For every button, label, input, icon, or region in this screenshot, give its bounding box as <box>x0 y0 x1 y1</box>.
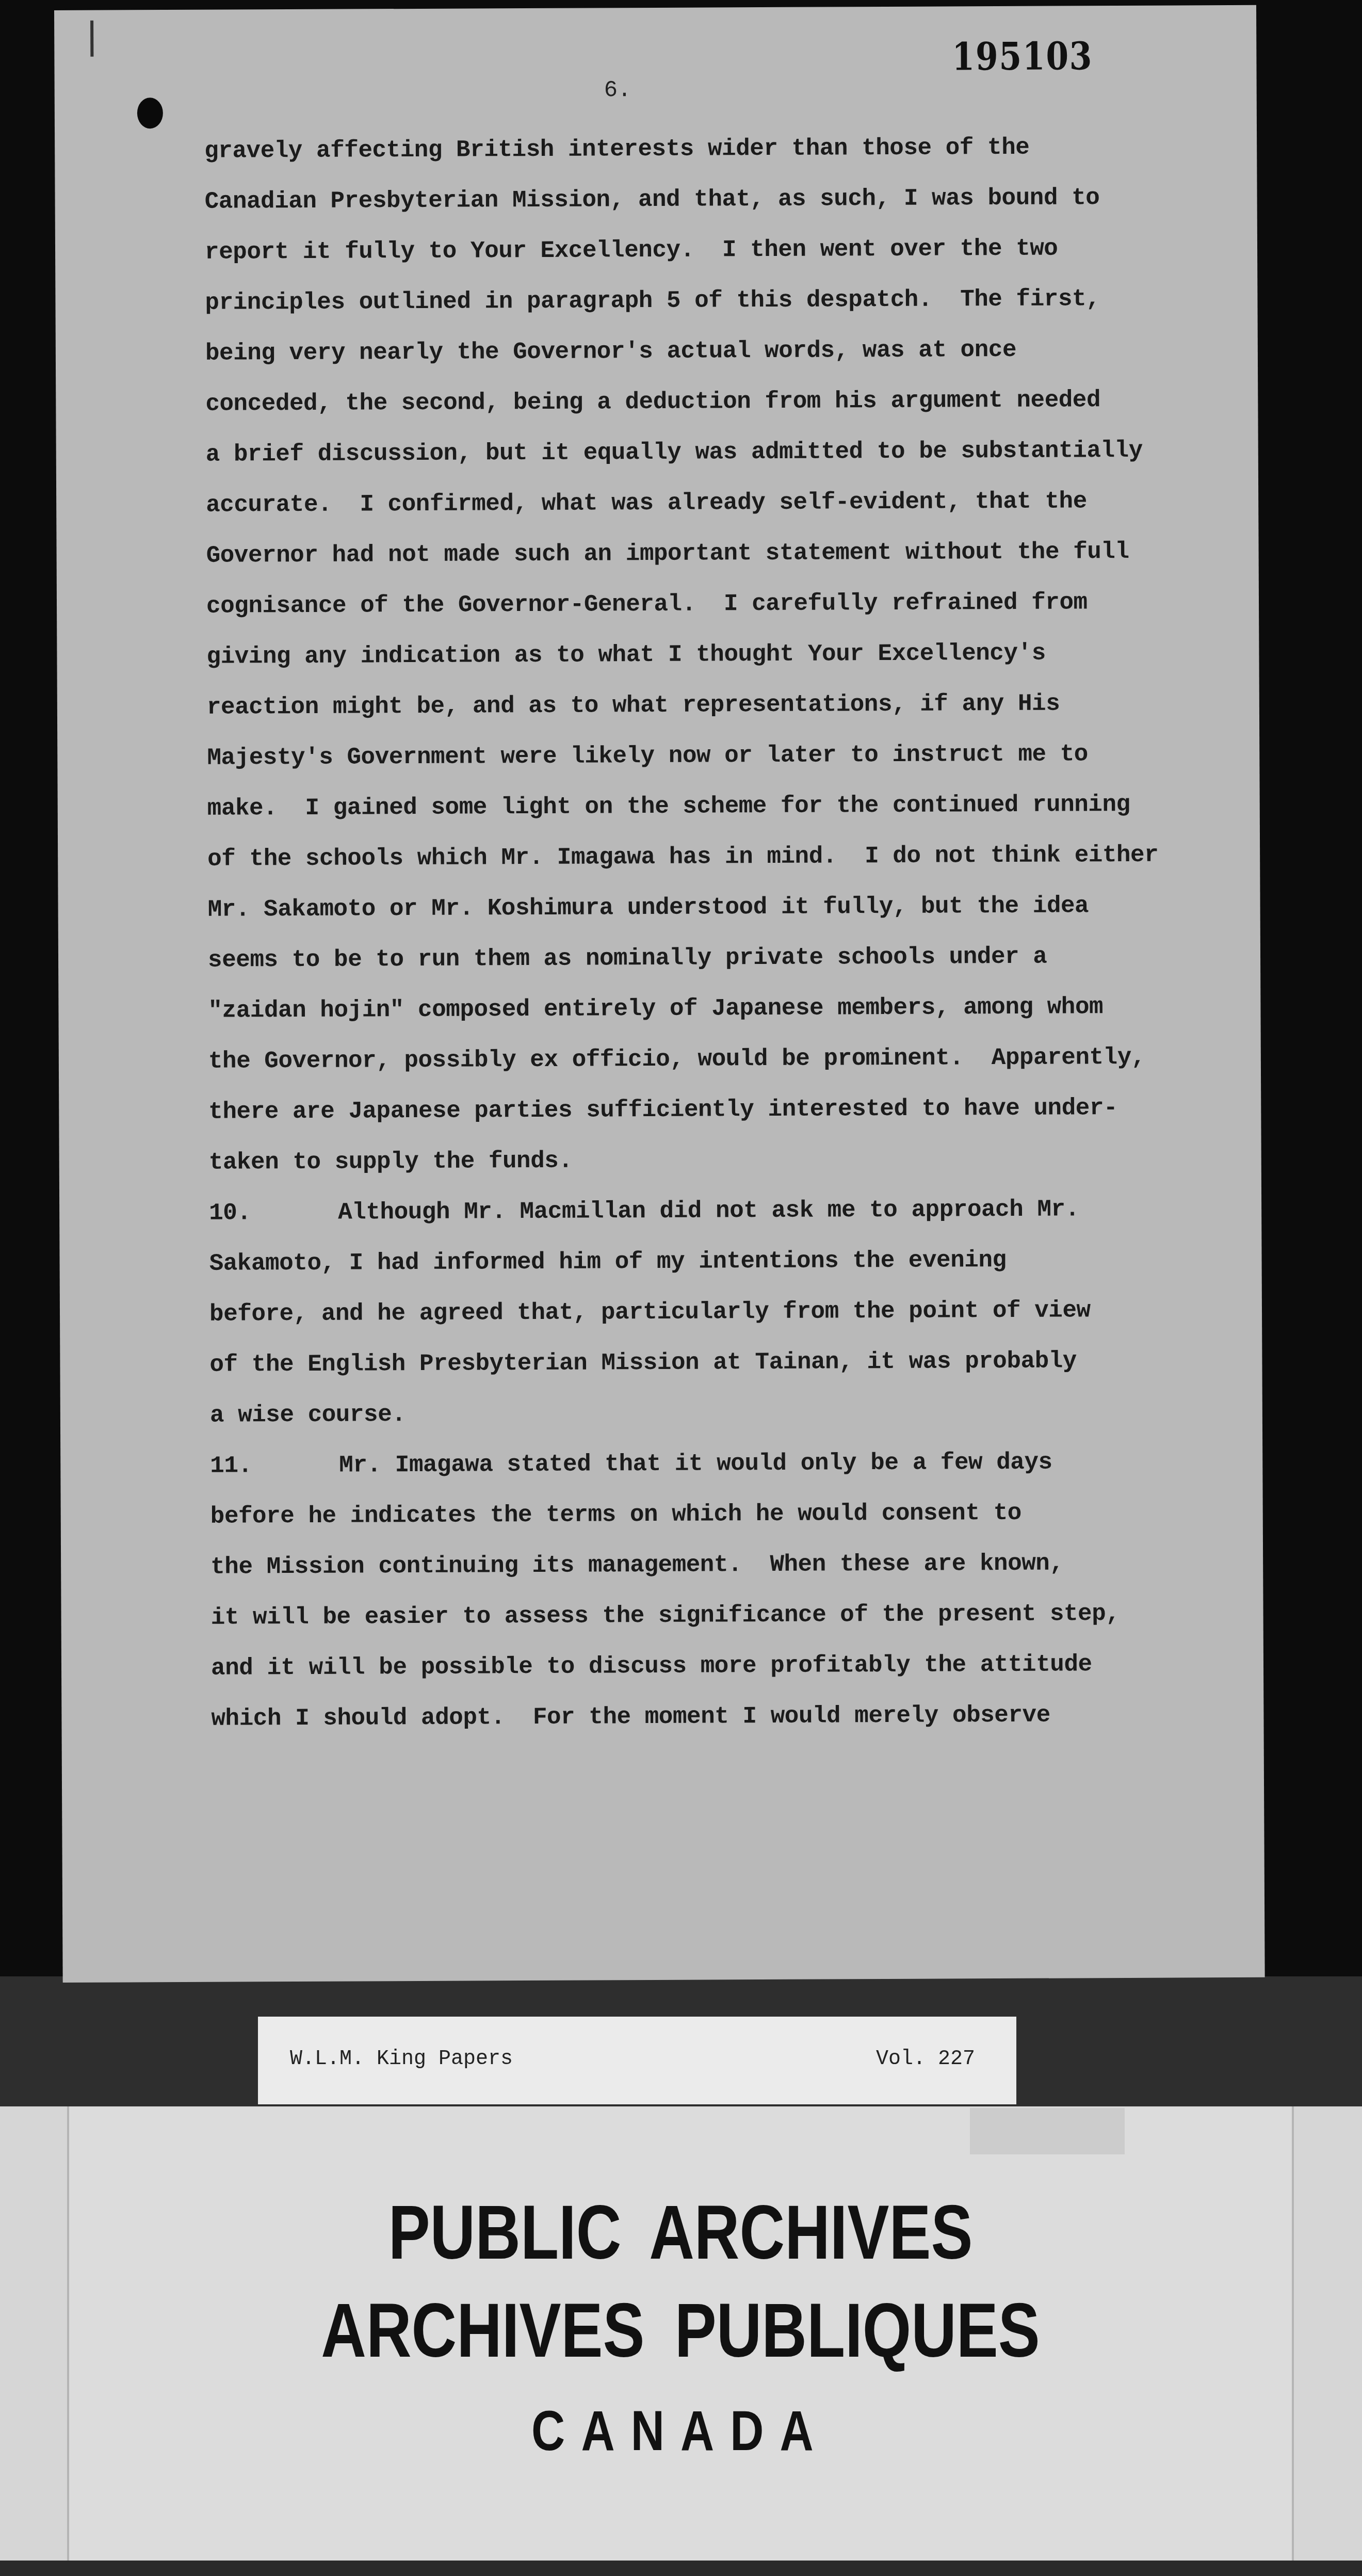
document-line: a wise course. <box>210 1385 1304 1440</box>
document-line: cognisance of the Governor-General. I ca… <box>206 576 1300 631</box>
archives-target-card: PUBLIC ARCHIVES ARCHIVES PUBLIQUES CANAD… <box>0 2106 1362 2561</box>
line-text: "zaidan hojin" composed entirely of Japa… <box>208 993 1103 1024</box>
document-line: taken to supply the funds. <box>209 1132 1303 1187</box>
line-text: Mr. Sakamoto or Mr. Koshimura understood… <box>207 892 1089 923</box>
document-line: "zaidan hojin" composed entirely of Japa… <box>208 980 1302 1036</box>
document-line: it will be easier to assess the signific… <box>210 1587 1304 1643</box>
margin-mark <box>90 21 93 57</box>
document-line: Majesty's Government were likely now or … <box>207 728 1301 783</box>
document-line: 10.Although Mr. Macmillan did not ask me… <box>209 1183 1303 1238</box>
archives-card-inner: PUBLIC ARCHIVES ARCHIVES PUBLIQUES CANAD… <box>67 2106 1294 2561</box>
line-text: report it fully to Your Excellency. I th… <box>205 235 1058 266</box>
line-text: before he indicates the terms on which h… <box>210 1500 1021 1530</box>
document-line: before, and he agreed that, particularly… <box>209 1284 1303 1339</box>
line-text: before, and he agreed that, particularly… <box>209 1297 1091 1327</box>
line-text: Canadian Presbyterian Mission, and that,… <box>205 184 1100 215</box>
document-line: giving any indication as to what I thoug… <box>206 626 1300 682</box>
document-line: the Governor, possibly ex officio, would… <box>208 1031 1302 1086</box>
line-text: being very nearly the Governor's actual … <box>205 336 1016 367</box>
archives-title-en: PUBLIC ARCHIVES <box>179 2189 1181 2277</box>
line-text: of the schools which Mr. Imagawa has in … <box>207 842 1158 873</box>
document-line: reaction might be, and as to what repres… <box>207 677 1301 732</box>
line-text: a brief discussion, but it equally was a… <box>206 437 1143 468</box>
punch-hole <box>137 98 163 128</box>
line-text: and it will be possible to discuss more … <box>211 1651 1092 1681</box>
line-text: principles outlined in paragraph 5 of th… <box>205 285 1100 316</box>
line-text: Sakamoto, I had informed him of my inten… <box>209 1247 1006 1277</box>
document-line: principles outlined in paragraph 5 of th… <box>205 272 1299 328</box>
line-text: a wise course. <box>210 1401 406 1429</box>
line-text: Governor had not made such an important … <box>206 538 1129 569</box>
line-text: Mr. Imagawa stated that it would only be… <box>339 1449 1052 1479</box>
document-line: gravely affecting British interests wide… <box>204 121 1298 176</box>
line-text: giving any indication as to what I thoug… <box>206 640 1045 670</box>
typed-document-page: 195103 6. gravely affecting British inte… <box>54 5 1265 1983</box>
line-text: of the English Presbyterian Mission at T… <box>209 1347 1077 1378</box>
page-number: 6. <box>604 77 631 103</box>
line-text: the Mission continuing its management. W… <box>210 1550 1064 1580</box>
volume-number: Vol. 227 <box>876 2048 975 2071</box>
line-text: gravely affecting British interests wide… <box>204 134 1029 165</box>
document-line: Governor had not made such an important … <box>206 525 1300 581</box>
line-text: there are Japanese parties sufficiently … <box>208 1094 1117 1125</box>
document-line: being very nearly the Governor's actual … <box>205 323 1299 378</box>
collection-name: W.L.M. King Papers <box>290 2048 513 2071</box>
document-line: before he indicates the terms on which h… <box>210 1486 1304 1541</box>
document-body: gravely affecting British interests wide… <box>204 121 1305 1744</box>
line-text: Majesty's Government were likely now or … <box>207 740 1088 771</box>
line-text: make. I gained some light on the scheme … <box>207 791 1130 822</box>
document-line: seems to be to run them as nominally pri… <box>208 930 1302 985</box>
document-line: make. I gained some light on the scheme … <box>207 778 1301 833</box>
line-text: accurate. I confirmed, what was already … <box>206 488 1087 518</box>
line-text: the Governor, possibly ex officio, would… <box>208 1044 1145 1075</box>
document-line: Canadian Presbyterian Mission, and that,… <box>204 171 1298 227</box>
document-line: report it fully to Your Excellency. I th… <box>205 222 1299 277</box>
line-text: seems to be to run them as nominally pri… <box>208 943 1047 974</box>
document-line: there are Japanese parties sufficiently … <box>208 1082 1302 1137</box>
line-text: it will be easier to assess the signific… <box>210 1600 1120 1631</box>
line-text: reaction might be, and as to what repres… <box>207 690 1060 721</box>
line-text: Although Mr. Macmillan did not ask me to… <box>338 1196 1079 1226</box>
document-line: accurate. I confirmed, what was already … <box>206 475 1300 530</box>
line-text: cognisance of the Governor-General. I ca… <box>206 589 1088 619</box>
document-line: 11.Mr. Imagawa stated that it would only… <box>210 1436 1304 1491</box>
document-line: of the English Presbyterian Mission at T… <box>209 1334 1303 1390</box>
stamp-number: 195103 <box>952 34 1093 79</box>
document-line: and it will be possible to discuss more … <box>211 1638 1305 1693</box>
document-line: the Mission continuing its management. W… <box>210 1537 1304 1592</box>
paragraph-number: 10. <box>209 1187 338 1238</box>
line-text: taken to supply the funds. <box>209 1148 573 1176</box>
archives-country: CANADA <box>179 2398 1181 2464</box>
document-line: of the schools which Mr. Imagawa has in … <box>207 829 1301 884</box>
document-line: which I should adopt. For the moment I w… <box>211 1688 1305 1744</box>
archives-title-fr: ARCHIVES PUBLIQUES <box>179 2287 1181 2375</box>
line-text: which I should adopt. For the moment I w… <box>211 1702 1050 1732</box>
document-line: a brief discussion, but it equally was a… <box>206 424 1300 479</box>
document-line: Sakamoto, I had informed him of my inten… <box>209 1233 1303 1289</box>
collection-label-card: W.L.M. King Papers Vol. 227 <box>258 2017 1016 2104</box>
tape-mark <box>970 2108 1125 2154</box>
document-line: conceded, the second, being a deduction … <box>205 374 1299 429</box>
document-line: Mr. Sakamoto or Mr. Koshimura understood… <box>207 879 1301 935</box>
scan-bottom-edge <box>0 2561 1362 2576</box>
line-text: conceded, the second, being a deduction … <box>205 387 1100 417</box>
paragraph-number: 11. <box>210 1440 339 1491</box>
